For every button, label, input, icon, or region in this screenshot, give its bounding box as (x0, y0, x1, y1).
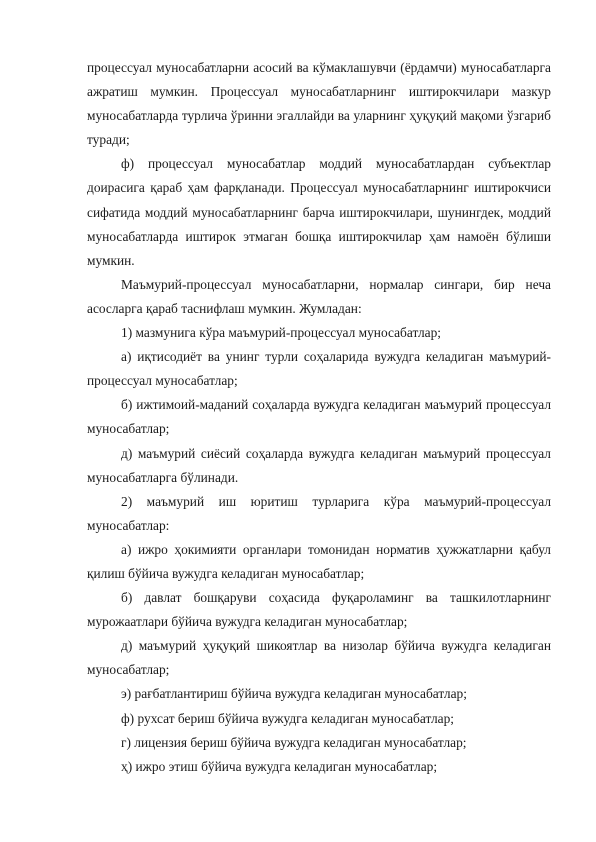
paragraph-item-2d: д) маъмурий ҳуқуқий шикоятлар ва низолар… (87, 634, 551, 682)
paragraph-item-1a: а) иқтисодиёт ва унинг турли соҳаларида … (87, 345, 551, 393)
paragraph-item-f: ф) процессуал муносабатлар моддий муноса… (87, 152, 551, 272)
paragraph-item-2b: б) давлат бошқаруви соҳасида фуқароламин… (87, 586, 551, 634)
paragraph-item-1b: б) ижтимоий-маданий соҳаларда вужудга ке… (87, 393, 551, 441)
paragraph-item-2a: а) ижро ҳокимияти органлари томонидан но… (87, 538, 551, 586)
paragraph-item-2f: ф) рухсат бериш бўйича вужудга келадиган… (87, 707, 551, 731)
document-page: процессуал муносабатларни асосий ва кўма… (87, 56, 551, 779)
paragraph-item-2g: г) лицензия бериш бўйича вужудга келадиг… (87, 731, 551, 755)
paragraph-item-1: 1) мазмунига кўра маъмурий-процессуал му… (87, 321, 551, 345)
paragraph-continuation: процессуал муносабатларни асосий ва кўма… (87, 56, 551, 152)
paragraph-item-2h: ҳ) ижро этиш бўйича вужудга келадиган му… (87, 755, 551, 779)
paragraph-item-2: 2) маъмурий иш юритиш турларига кўра маъ… (87, 490, 551, 538)
paragraph-classification-intro: Маъмурий-процессуал муносабатларни, норм… (87, 273, 551, 321)
paragraph-item-1d: д) маъмурий сиёсий соҳаларда вужудга кел… (87, 442, 551, 490)
paragraph-item-2e: э) рағбатлантириш бўйича вужудга келадиг… (87, 682, 551, 706)
